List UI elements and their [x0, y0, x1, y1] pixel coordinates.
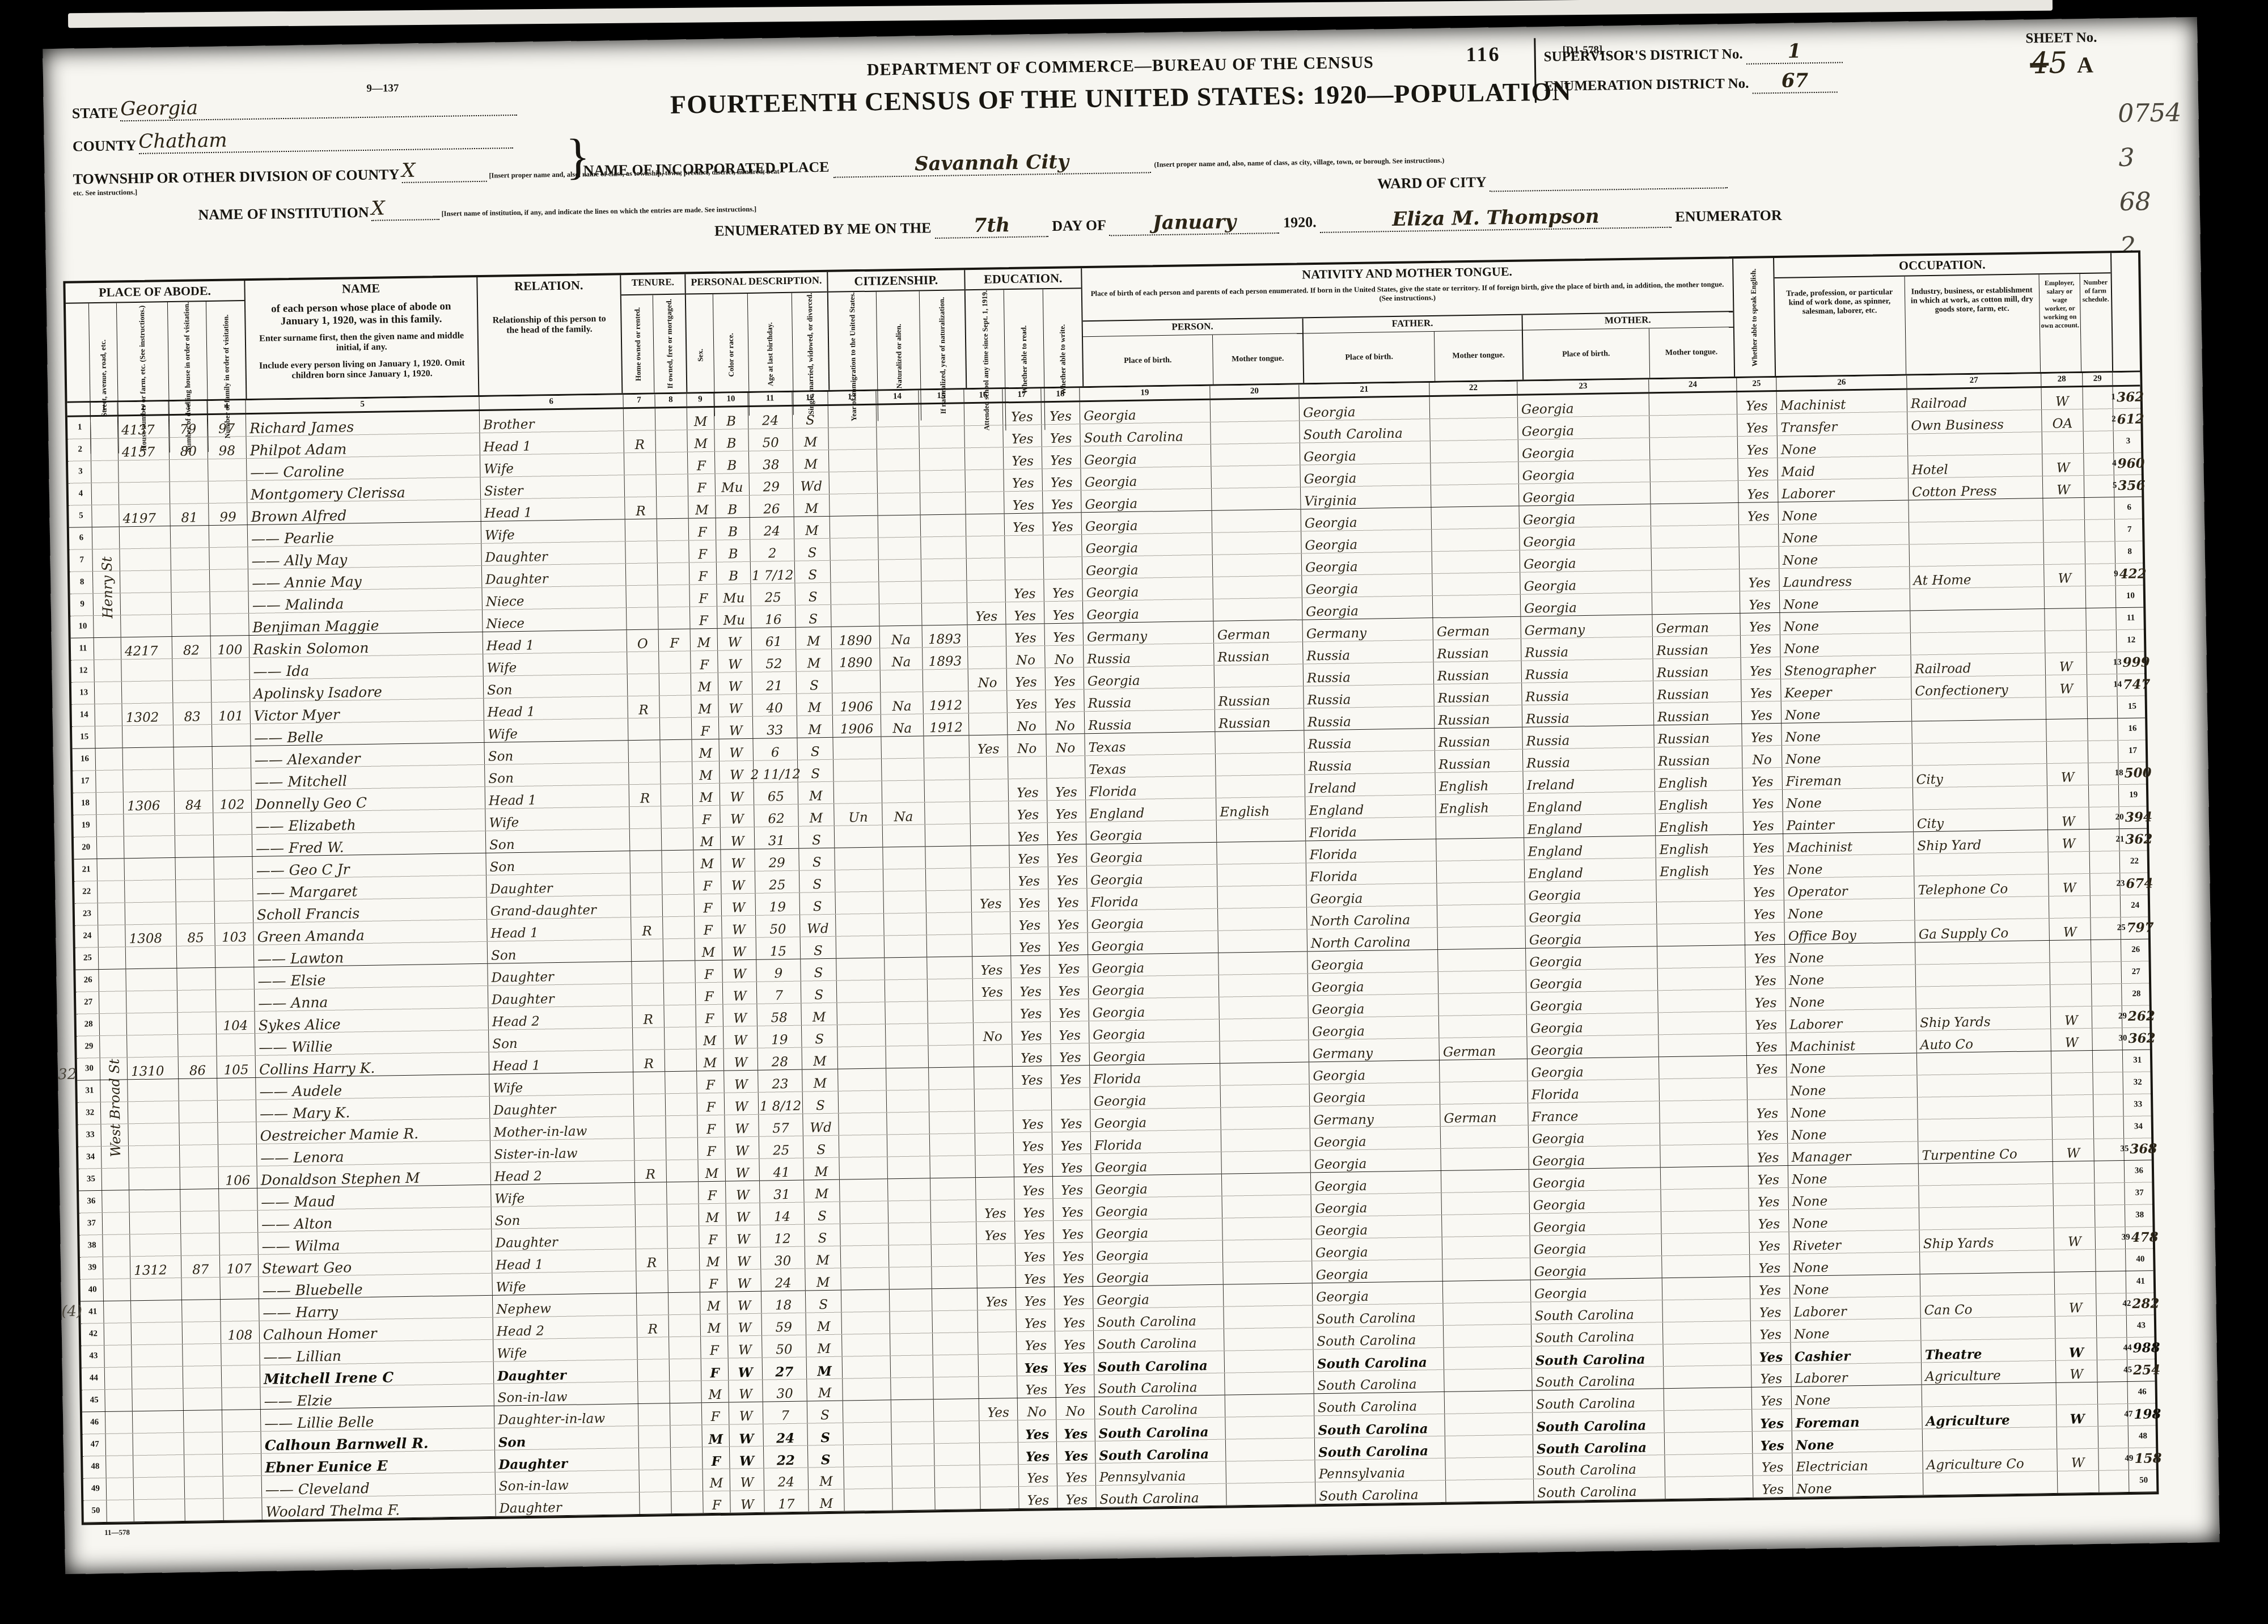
- cell-nat: [886, 1046, 929, 1068]
- cell-nat: [878, 515, 921, 537]
- cell-name: —— Lenora: [257, 1141, 491, 1166]
- cell-street: [91, 438, 119, 460]
- cell-col: W: [725, 1093, 759, 1115]
- cell-age: 24: [761, 1269, 806, 1291]
- cell-eng: Yes: [1746, 989, 1786, 1011]
- cell-pb: Georgia: [1082, 555, 1213, 578]
- cell-sex: M: [697, 1049, 725, 1071]
- cell-age: 33: [753, 716, 798, 738]
- cell-sex: M: [691, 695, 719, 717]
- cell-sex: F: [699, 1182, 726, 1204]
- cell-imy: [841, 1267, 890, 1289]
- cell-age: 24: [750, 517, 795, 539]
- column-number: 5: [246, 397, 479, 413]
- cell-fpb: Georgia: [1302, 552, 1433, 575]
- cell-mmt: [1661, 1166, 1749, 1189]
- line-number-left: 17: [73, 771, 96, 793]
- cell-mt: [1213, 576, 1302, 598]
- cell-sch: [975, 1155, 1014, 1177]
- cell-mmt: [1651, 481, 1739, 504]
- line-number-right: 42282: [2126, 1293, 2154, 1315]
- cell-sch: [975, 1089, 1014, 1111]
- state-label: STATE: [72, 104, 119, 121]
- cell-name: —— Audele: [256, 1075, 490, 1099]
- cell-ind: Agriculture Co: [1923, 1449, 2058, 1473]
- cell-rd: Yes: [1003, 425, 1042, 447]
- cell-rel: Daughter: [488, 962, 632, 986]
- cell-mt: [1223, 1261, 1313, 1284]
- cell-mt: [1217, 863, 1307, 886]
- cell-mt: [1222, 1173, 1311, 1195]
- cell-eng: Yes: [1742, 724, 1782, 746]
- cell-fmt: Russian: [1435, 705, 1523, 728]
- line-number-right: 11: [2116, 607, 2144, 629]
- cell-rd: Yes: [1003, 403, 1042, 425]
- cell-f: [211, 680, 251, 702]
- cell-mpb: South Carolina: [1533, 1433, 1665, 1456]
- cell-col: W: [727, 1270, 761, 1292]
- cell-mar: Wd: [803, 1114, 839, 1136]
- cell-age: 24: [748, 407, 793, 429]
- cell-nat: [892, 1444, 935, 1466]
- cell-h: [130, 1234, 181, 1256]
- cell-farm-schedule: [2097, 1316, 2127, 1338]
- cell-mmt: [1651, 503, 1739, 526]
- cell-imy: 1906: [833, 715, 882, 737]
- line-number-left: 50: [83, 1500, 107, 1522]
- cell-nat: [883, 824, 926, 847]
- cell-fm: [660, 717, 692, 739]
- cell-emp: [2042, 432, 2084, 454]
- cell-col: W: [721, 894, 756, 916]
- line-number-left: 10: [70, 616, 94, 638]
- cell-nay: [932, 1266, 978, 1288]
- cell-wr: Yes: [1057, 1486, 1097, 1508]
- cell-street: [100, 1013, 128, 1035]
- cell-h: [134, 1499, 185, 1521]
- cell-own: [627, 652, 659, 674]
- cell-occ: Laborer: [1791, 1363, 1922, 1386]
- cell-rd: Yes: [1016, 1287, 1055, 1309]
- cell-col: W: [719, 739, 754, 761]
- cell-mmt: [1650, 437, 1738, 459]
- cell-mmt: [1658, 989, 1746, 1012]
- cell-mpb: Georgia: [1525, 880, 1657, 903]
- cell-rel: Daughter: [492, 1227, 636, 1251]
- cell-nat: [885, 957, 928, 979]
- line-number-right: 23674: [2120, 873, 2148, 895]
- cell-imy: [843, 1422, 892, 1444]
- cell-rel: Son: [488, 940, 632, 963]
- cell-eng: Yes: [1744, 856, 1784, 878]
- cell-sex: F: [703, 1491, 731, 1513]
- cell-rd: [1013, 1088, 1052, 1110]
- cell-fmt: [1442, 1214, 1530, 1237]
- cell-d: [184, 1410, 223, 1432]
- cell-eng: Yes: [1749, 1210, 1789, 1232]
- cell-pb: Georgia: [1082, 577, 1213, 600]
- cell-nay: [930, 1156, 976, 1178]
- cell-sex: M: [703, 1469, 731, 1491]
- cell-street: [99, 991, 127, 1013]
- cell-nat: [883, 869, 926, 891]
- cell-mpb: South Carolina: [1531, 1300, 1663, 1323]
- name-desc-1: of each person whose place of abode on J…: [253, 300, 469, 328]
- cell-rd: Yes: [1010, 889, 1049, 911]
- cell-nay: [920, 492, 966, 514]
- cell-age: 50: [748, 429, 793, 451]
- cell-sex: F: [697, 1071, 725, 1093]
- cell-col: W: [718, 650, 752, 673]
- cell-eng: Yes: [1752, 1387, 1792, 1409]
- cell-occ: Machinist: [1786, 1031, 1917, 1054]
- group-citizenship: CITIZENSHIP.: [828, 270, 964, 291]
- cell-age: 22: [764, 1446, 809, 1468]
- cell-ind: City: [1914, 808, 2049, 832]
- cell-mpb: South Carolina: [1531, 1344, 1664, 1368]
- line-number-right: 21362: [2119, 828, 2147, 851]
- cell-rel: Wife: [480, 453, 625, 477]
- cell-mar: M: [805, 1246, 841, 1268]
- margin-ink-number: 612: [2117, 412, 2144, 426]
- cell-sex: M: [698, 1160, 726, 1182]
- cell-d: [183, 1322, 222, 1344]
- cell-wr: Yes: [1053, 1198, 1093, 1220]
- cell-emp: [2054, 1250, 2096, 1272]
- cell-eng: Yes: [1749, 1188, 1789, 1210]
- cell-mmt: Russian: [1655, 746, 1743, 769]
- cell-mt: [1224, 1327, 1314, 1350]
- cell-fmt: [1431, 440, 1519, 463]
- cell-nay: [921, 581, 967, 603]
- cell-sch: [970, 757, 1009, 779]
- cell-mmt: [1665, 1476, 1754, 1499]
- cell-emp: [2049, 896, 2091, 918]
- cell-d: 87: [181, 1255, 221, 1278]
- cell-imy: [828, 428, 877, 450]
- cell-col: W: [718, 695, 753, 717]
- cell-street: [98, 903, 126, 925]
- cell-nat: [882, 758, 925, 780]
- cell-street: [94, 659, 122, 682]
- cell-own: R: [624, 430, 656, 452]
- cell-rd: No: [1008, 712, 1047, 734]
- cell-rd: Yes: [1011, 955, 1050, 978]
- cell-d: [170, 481, 209, 504]
- cell-col: W: [724, 1048, 759, 1071]
- line-number-left: 28: [77, 1014, 100, 1036]
- cell-name: —— Malinda: [248, 588, 483, 613]
- cell-mt: [1217, 885, 1307, 908]
- cell-name: —— Caroline: [247, 455, 481, 480]
- cell-wr: Yes: [1049, 911, 1088, 933]
- cell-farm-schedule: [2084, 475, 2115, 497]
- cell-sex: F: [696, 1005, 723, 1027]
- cell-fpb: Georgia: [1300, 397, 1431, 420]
- cell-imy: [838, 1046, 887, 1068]
- cell-pb: Florida: [1086, 776, 1217, 800]
- cell-ind: [1912, 742, 2047, 766]
- cell-rel: Daughter: [488, 984, 633, 1008]
- cell-mt: [1212, 488, 1301, 510]
- cell-col: W: [725, 1115, 759, 1137]
- cell-rd: Yes: [1019, 1486, 1058, 1508]
- cell-imy: [835, 869, 884, 891]
- cell-eng: Yes: [1740, 569, 1780, 591]
- line-number-right: 2612: [2113, 409, 2141, 431]
- cell-name: Montgomery Clerissa: [247, 477, 481, 502]
- cell-f: [221, 1343, 260, 1365]
- cell-eng: Yes: [1738, 502, 1779, 525]
- cell-rd: Yes: [1009, 823, 1048, 845]
- cell-street: [99, 969, 126, 991]
- cell-mmt: [1661, 1211, 1750, 1233]
- cell-mt: [1218, 929, 1308, 952]
- cell-nat: [890, 1333, 933, 1355]
- cell-occ: Stenographer: [1781, 655, 1912, 679]
- cell-rd: No: [1018, 1398, 1057, 1420]
- cell-eng: [1747, 1077, 1788, 1099]
- cell-name: Green Amanda: [253, 920, 488, 945]
- cell-nat: [889, 1267, 932, 1289]
- cell-street: [103, 1279, 131, 1301]
- cell-fmt: [1443, 1302, 1531, 1325]
- cell-mar: S: [799, 848, 835, 870]
- cell-d: [181, 1233, 220, 1255]
- cell-sex: F: [697, 1115, 725, 1137]
- cell-fmt: [1443, 1280, 1531, 1303]
- line-number-right: 1362: [2113, 387, 2140, 409]
- cell-occ: Fireman: [1782, 766, 1913, 789]
- cell-pb: Georgia: [1089, 997, 1220, 1021]
- cell-fm: [658, 585, 690, 607]
- column-number: 25: [1737, 378, 1776, 391]
- cell-d: [184, 1454, 223, 1477]
- cell-age: 2 11/12: [754, 760, 798, 783]
- cell-farm-schedule: [2094, 1183, 2125, 1205]
- cell-col: B: [715, 451, 750, 473]
- cell-age: 21: [752, 672, 797, 694]
- cell-street: [92, 483, 120, 505]
- cell-d: [177, 1012, 217, 1034]
- cell-sex: F: [688, 474, 716, 496]
- cell-street: [102, 1168, 130, 1190]
- line-number-right: 19: [2119, 784, 2147, 806]
- cell-rel: Head 1: [483, 630, 628, 654]
- cell-rd: Yes: [1006, 602, 1045, 624]
- cell-col: W: [730, 1469, 765, 1491]
- line-number-left: 9: [70, 594, 94, 616]
- cell-eng: Yes: [1749, 1166, 1789, 1188]
- cell-rd: [1005, 557, 1044, 580]
- cell-mmt: [1649, 392, 1738, 415]
- line-number-right: 14747: [2117, 674, 2145, 696]
- cell-fpb: Georgia: [1302, 596, 1433, 619]
- cell-fpb: North Carolina: [1307, 906, 1438, 929]
- cell-nay: [921, 514, 967, 536]
- cell-mpb: Russia: [1522, 703, 1655, 726]
- line-number-right: 33: [2123, 1094, 2151, 1116]
- cell-fm: [671, 1469, 704, 1491]
- cell-emp: [2050, 962, 2092, 984]
- cell-nat: [877, 449, 920, 471]
- cell-rd: No: [1006, 646, 1046, 668]
- cell-street: [104, 1345, 132, 1367]
- cell-name: Raskin Solomon: [249, 632, 484, 657]
- cell-col: W: [726, 1225, 761, 1247]
- cell-eng: Yes: [1744, 878, 1784, 900]
- cell-emp: [2055, 1272, 2097, 1294]
- cell-own: [632, 961, 664, 983]
- cell-pb: South Carolina: [1095, 1440, 1226, 1463]
- cell-f: [218, 1100, 257, 1122]
- sheet-value: 45 A: [1977, 45, 2147, 81]
- cell-imy: [837, 1002, 886, 1024]
- cell-mpb: Georgia: [1518, 394, 1650, 417]
- cell-mmt: Russian: [1653, 680, 1742, 703]
- cell-rel: Wife: [491, 1183, 636, 1207]
- cell-eng: Yes: [1747, 1099, 1788, 1122]
- cell-wr: Yes: [1056, 1375, 1095, 1397]
- enumerated-month: January: [1153, 210, 1237, 234]
- cell-fmt: Russian: [1435, 750, 1524, 772]
- street-name-vertical: Henry St: [99, 556, 116, 619]
- place-note: (Insert proper name and, also, name of c…: [1154, 157, 1444, 169]
- cell-mpb: Georgia: [1529, 1168, 1661, 1191]
- cell-eng: Yes: [1751, 1365, 1792, 1387]
- cell-fpb: Ireland: [1305, 773, 1436, 796]
- cell-occ: None: [1780, 633, 1911, 657]
- cell-fpb: Georgia: [1310, 1082, 1441, 1106]
- enumeration-label: ENUMERATION DISTRICT No.: [1544, 76, 1749, 94]
- margin-ink-number: 362: [2125, 832, 2152, 846]
- cell-mt: [1222, 1217, 1312, 1240]
- cell-imy: [830, 538, 879, 560]
- cell-street: [95, 726, 123, 748]
- cell-mpb: Georgia: [1527, 1035, 1659, 1058]
- cell-wr: Yes: [1050, 977, 1089, 999]
- cell-h: [133, 1433, 184, 1455]
- cell-eng: [1740, 547, 1780, 569]
- column-number: 22: [1429, 382, 1517, 395]
- relation-desc: Relationship of this person to the head …: [477, 294, 621, 356]
- table-body: 141377997Richard JamesBrotherMB24SYesYes…: [67, 387, 2157, 1523]
- cell-imy: [830, 494, 878, 516]
- cell-wr: Yes: [1042, 468, 1081, 490]
- cell-col: W: [729, 1402, 764, 1424]
- cell-farm-schedule: [2091, 895, 2121, 917]
- cell-d: [179, 1079, 218, 1101]
- cell-mar: S: [801, 981, 837, 1003]
- cell-occ: Painter: [1783, 810, 1914, 834]
- cell-street: [95, 682, 122, 704]
- cell-sch: Yes: [976, 1221, 1015, 1244]
- cell-age: 31: [755, 827, 799, 849]
- cell-fpb: Georgia: [1301, 508, 1432, 531]
- margin-ink-number: 356: [2118, 479, 2145, 492]
- cell-pb: Georgia: [1088, 931, 1219, 954]
- cell-own: R: [625, 497, 657, 519]
- cell-eng: Yes: [1746, 1033, 1787, 1055]
- cell-mpb: England: [1524, 814, 1656, 837]
- cell-rd: [1005, 535, 1044, 557]
- cell-h: [121, 593, 172, 615]
- line-number-left: 47: [83, 1434, 107, 1456]
- cell-mar: Wd: [800, 915, 836, 937]
- cell-f: [211, 658, 250, 680]
- cell-nat: [892, 1488, 936, 1510]
- cell-occ: None: [1791, 1318, 1922, 1342]
- cell-fm: [666, 1137, 699, 1160]
- cell-imy: [844, 1466, 893, 1488]
- cell-pb: Georgia: [1093, 1263, 1224, 1286]
- cell-col: W: [726, 1181, 760, 1203]
- cell-mpb: Georgia: [1530, 1256, 1662, 1279]
- cell-h: [132, 1389, 184, 1411]
- cell-nay: [932, 1288, 978, 1310]
- cell-mmt: [1663, 1321, 1751, 1344]
- cell-farm-schedule: [2083, 409, 2114, 431]
- cell-ind: [1909, 521, 2044, 544]
- cell-wr: No: [1046, 712, 1085, 734]
- cell-name: Calhoun Homer: [260, 1318, 494, 1343]
- cell-col: Mu: [717, 584, 751, 606]
- cell-street: [97, 836, 125, 858]
- cell-mar: S: [795, 583, 831, 605]
- cell-mmt: [1657, 923, 1745, 946]
- line-number-left: 24: [75, 925, 99, 948]
- cell-eng: Yes: [1741, 657, 1782, 679]
- cell-emp: W: [2043, 476, 2085, 498]
- cell-f: [209, 547, 248, 569]
- cell-wr: Yes: [1042, 446, 1081, 468]
- cell-fmt: [1432, 528, 1520, 551]
- cell-sch: [968, 691, 1008, 713]
- cell-fmt: [1445, 1391, 1533, 1414]
- line-number-left: 3: [68, 461, 92, 483]
- cell-wr: [1043, 535, 1082, 557]
- margin-ink-number: 960: [2118, 456, 2145, 470]
- cell-own: [638, 1403, 671, 1426]
- cell-sex: M: [693, 828, 721, 850]
- cell-sch: [964, 403, 1004, 425]
- cell-rel: Daughter: [486, 873, 631, 897]
- cell-rd: Yes: [1012, 1044, 1051, 1066]
- cell-age: 25: [751, 583, 796, 606]
- cell-fm: [658, 563, 690, 585]
- cell-f: 104: [216, 1012, 255, 1034]
- cell-street: [96, 792, 124, 814]
- cell-h: [126, 969, 177, 991]
- cell-eng: Yes: [1750, 1232, 1790, 1254]
- cell-fpb: South Carolina: [1314, 1392, 1445, 1415]
- cell-rel: Head 1: [485, 785, 630, 809]
- cell-emp: W: [2045, 653, 2087, 675]
- line-number-right: 15: [2118, 696, 2146, 718]
- cell-occ: Keeper: [1781, 678, 1912, 701]
- cell-name: —— Lawton: [254, 942, 488, 967]
- cell-own: [632, 939, 664, 961]
- line-number-right: 49158: [2129, 1448, 2156, 1470]
- cell-age: 12: [760, 1225, 805, 1247]
- cell-name: —— Lillian: [260, 1340, 494, 1365]
- cell-emp: W: [2053, 1139, 2094, 1161]
- cell-mt: [1226, 1438, 1315, 1461]
- cell-f: 100: [211, 636, 250, 658]
- group-personal: PERSONAL DESCRIPTION.: [686, 272, 827, 294]
- institution-note: [Insert name of institution, if any, and…: [442, 205, 757, 218]
- cell-f: [209, 525, 248, 547]
